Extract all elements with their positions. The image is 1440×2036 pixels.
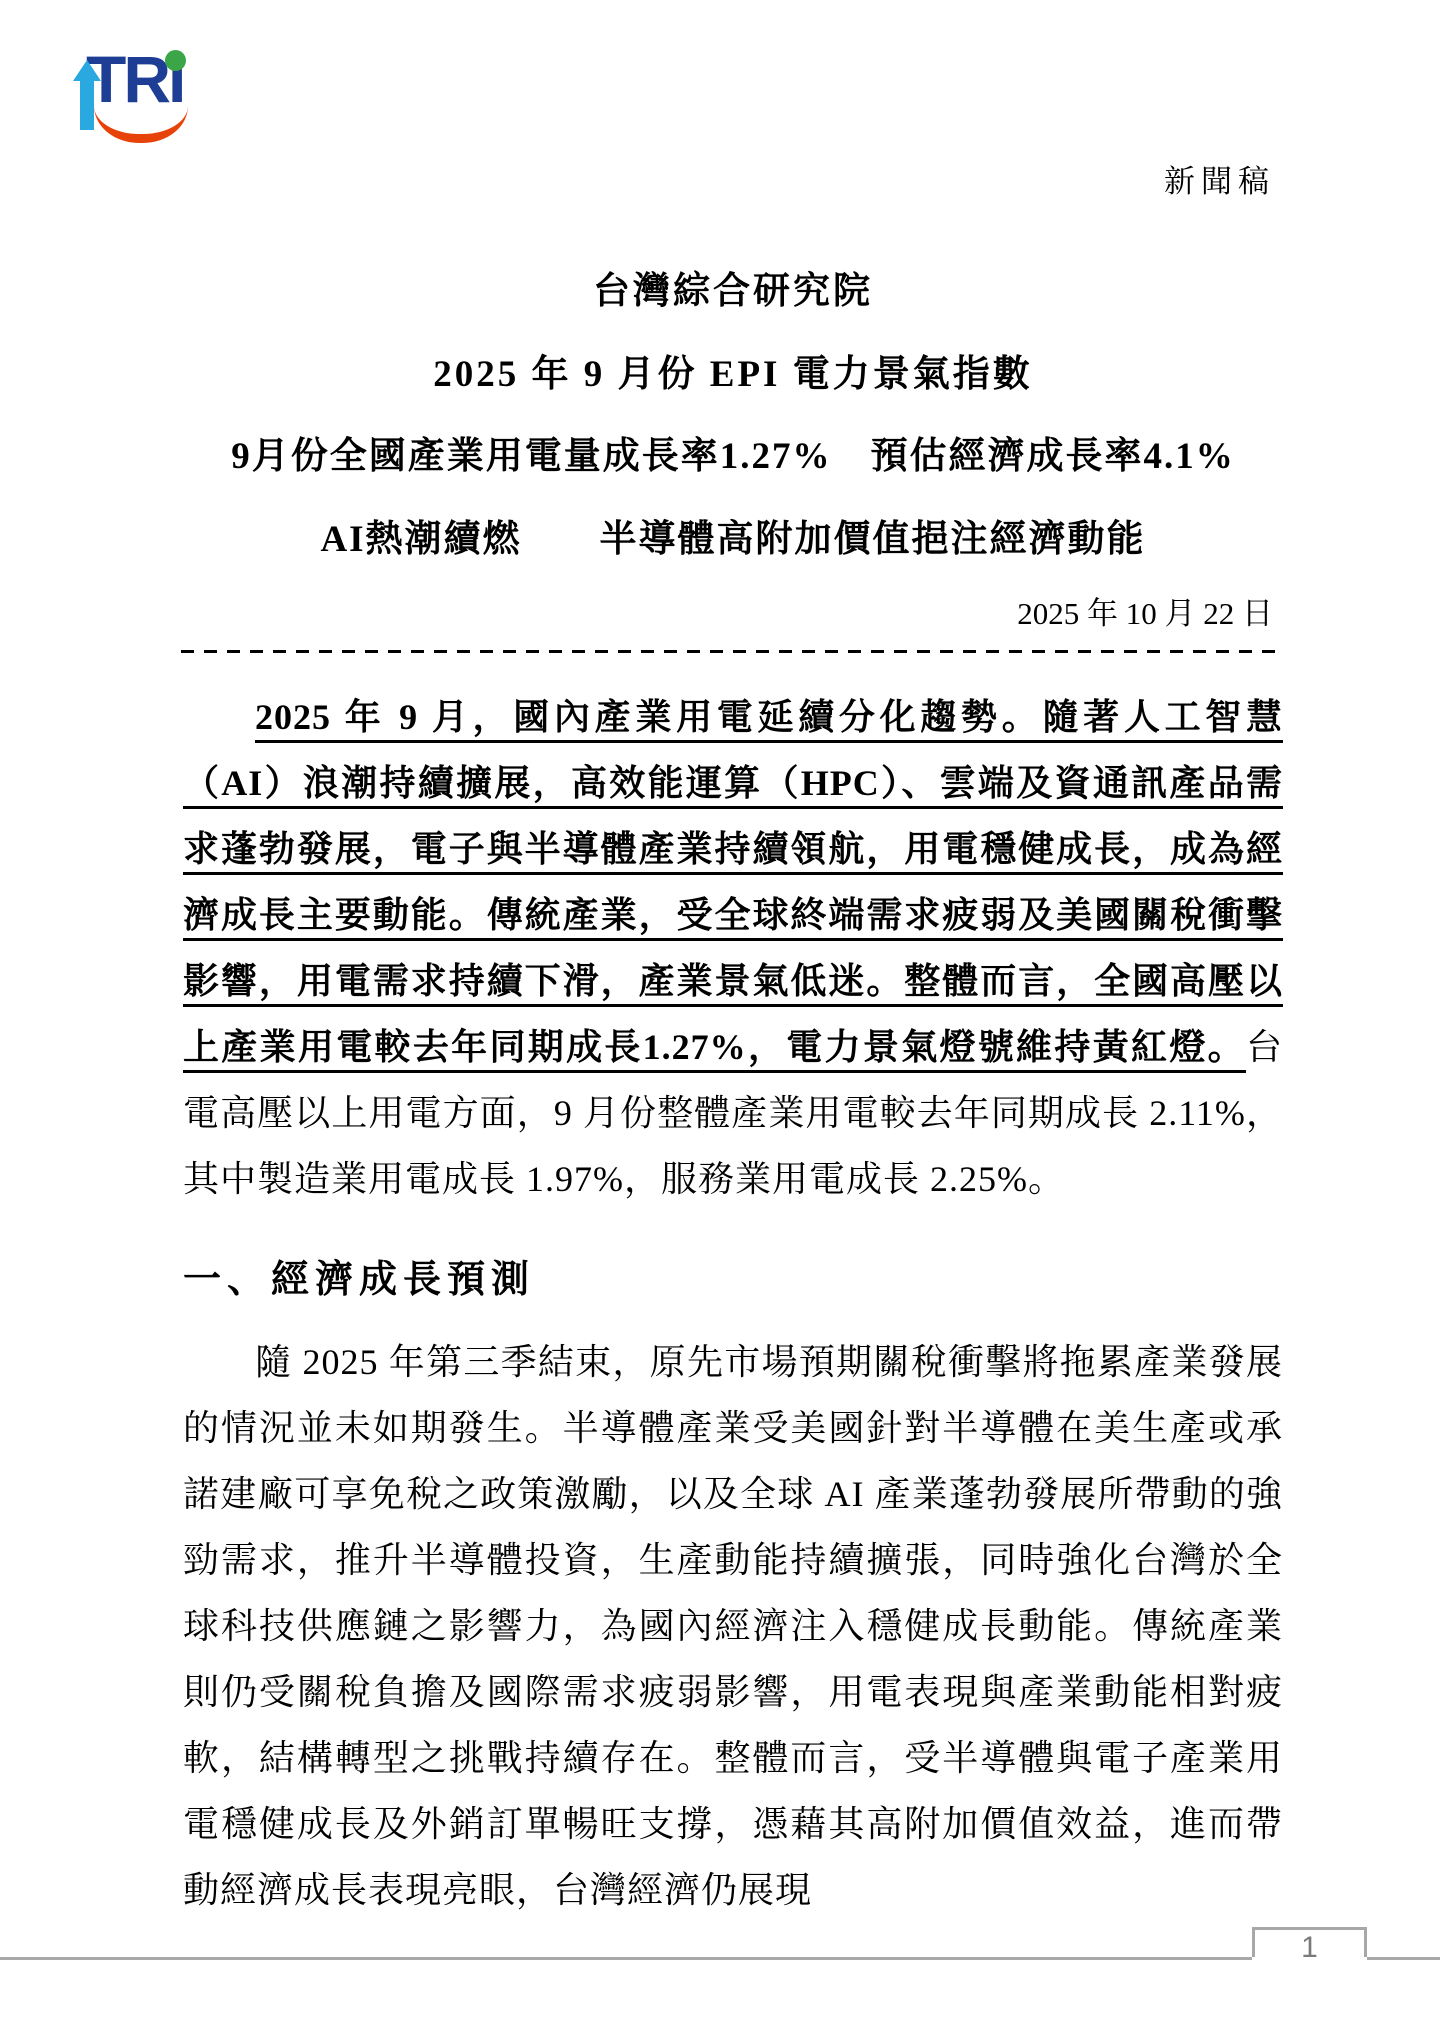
up-arrow-icon [73,60,101,81]
subtitle-growth: 9月份全國產業用電量成長率1.27% 預估經濟成長率4.1% [183,425,1283,479]
lead-paragraph: 2025 年 9 月，國內產業用電延續分化趨勢。隨著人工智慧（AI）浪潮持續擴展… [183,684,1283,1212]
tri-logo: TRI [72,36,202,154]
dashed-divider [181,650,1285,653]
green-dot-icon [165,50,186,71]
page-number-tab: 1 [1252,1927,1367,1957]
economic-forecast-paragraph: 隨 2025 年第三季結束，原先市場預期關稅衝擊將拖累產業發展的情況並未如期發生… [183,1329,1283,1923]
footer-boundary-line-right [1367,1957,1440,1960]
up-arrow-shaft [80,80,94,130]
subtitle-ai: AI熱潮續燃 半導體高附加價值挹注經濟動能 [183,508,1283,562]
section-heading-economic-forecast: 一、經濟成長預測 [183,1248,535,1303]
release-date: 2025 年 10 月 22 日 [183,588,1283,633]
orange-arc-icon [94,104,188,143]
document-page: TRI 新聞稿 台灣綜合研究院 2025 年 9 月份 EPI 電力景氣指數 9… [0,0,1440,2036]
lead-paragraph-emphasis: 2025 年 9 月，國內產業用電延續分化趨勢。隨著人工智慧（AI）浪潮持續擴展… [183,697,1283,1067]
press-release-label-text: 新聞稿 [1164,164,1283,199]
footer-boundary-line-left [0,1957,1252,1960]
report-title: 2025 年 9 月份 EPI 電力景氣指數 [183,343,1283,397]
page-number: 1 [1301,1931,1318,1964]
organization-title: 台灣綜合研究院 [183,260,1283,314]
press-release-label: 新聞稿 [183,156,1283,201]
